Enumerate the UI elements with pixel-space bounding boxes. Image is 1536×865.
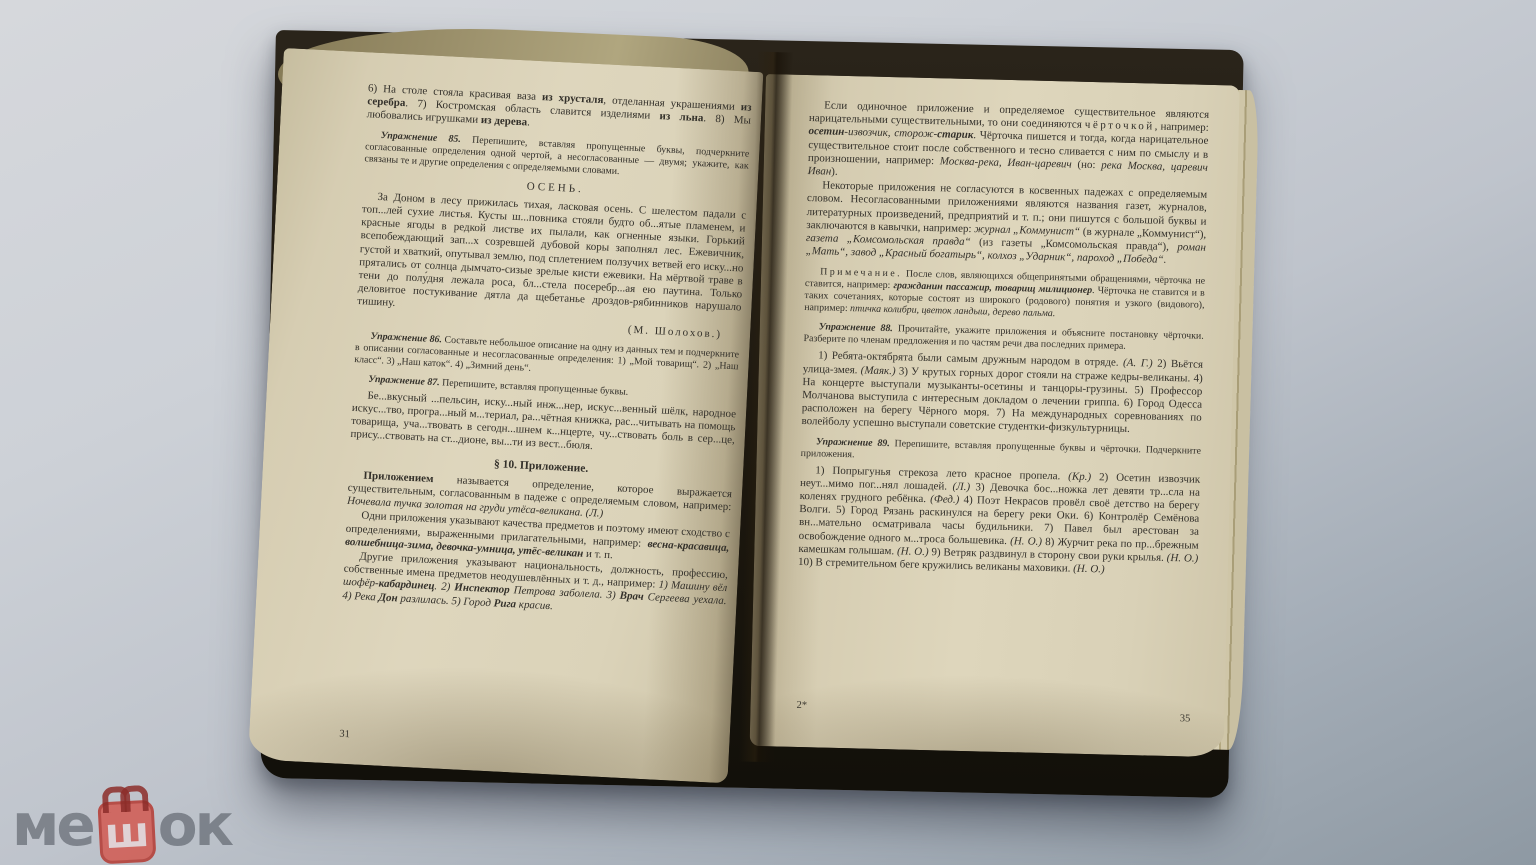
watermark-bag-letter: ш	[97, 802, 156, 865]
sholokhov-text: За Доном в лесу прижилась тихая, ласкова…	[357, 190, 747, 328]
left-page-text: 6) На столе стояла красивая ваза из хрус…	[342, 82, 752, 622]
titles-rule: Некоторые приложения не согласуются в ко…	[806, 179, 1208, 268]
right-page-text: Если одиночное приложение и определяемое…	[798, 99, 1209, 579]
watermark-text-prefix: ме	[12, 796, 93, 854]
watermark-text-suffix: ок	[158, 796, 231, 854]
right-page: Если одиночное приложение и определяемое…	[750, 74, 1240, 757]
hyphen-rule: Если одиночное приложение и определяемое…	[807, 99, 1209, 188]
left-page: 6) На столе стояла красивая ваза из хрус…	[248, 48, 763, 783]
meshok-watermark: ме ш ок	[12, 787, 231, 863]
exercise-89-sentences: 1) Попрыгунья стрекоза лето красное проп…	[798, 464, 1200, 579]
left-page-number: 31	[339, 729, 350, 741]
shopping-bag-icon: ш	[97, 800, 156, 865]
exercise-88-sentences: 1) Ребята-октябрята были самым дружным н…	[801, 349, 1203, 438]
signature-mark: 2*	[796, 700, 807, 711]
open-book: 6) На столе стояла красивая ваза из хрус…	[258, 22, 1258, 802]
photo-of-open-book: { "colors":{ "background_top":"#d6d8dc",…	[0, 0, 1536, 865]
primechanie: Примечание. После слов, являющихся общеп…	[804, 266, 1205, 324]
right-page-number: 35	[1180, 713, 1191, 724]
